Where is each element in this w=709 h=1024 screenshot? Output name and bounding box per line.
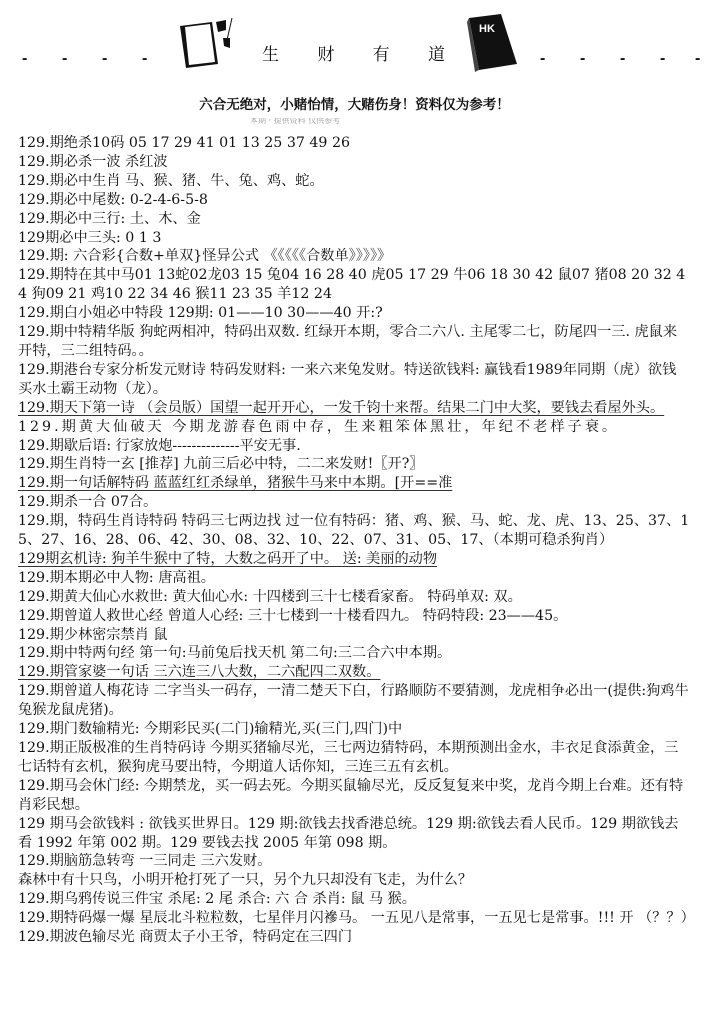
dash-divider: - (580, 50, 585, 68)
prediction-line: 129.期乌鸦传说三件宝 杀尾: 2 尾 杀合: 六 合 杀肖: 鼠 马 猴。 (18, 890, 690, 909)
prediction-line: 129.期正版极准的生肖特码诗 今期买猪输尽光，三七两边猜特码，本期预测出金水，… (18, 739, 690, 777)
faint-source-line: 本期 · 提供资料 仅供参考 (250, 118, 460, 124)
closed-book-icon: HK (465, 14, 521, 72)
prediction-line: 129.期本期必中人物: 唐高祖。 (18, 569, 690, 588)
title-char: 道 (428, 40, 447, 65)
prediction-line: 129.期杀一合 07合。 (18, 493, 690, 512)
prediction-line: 129.期曾道人救世心经 曾道人心经: 三十七楼到一十楼看四九。 特码特段: 2… (18, 607, 690, 626)
prediction-line: 129.期曾道人梅花诗 二字当头一码存，一清二楚天下白，行路顺防不要猜测，龙虎相… (18, 682, 690, 720)
title-char: 有 (373, 40, 392, 65)
prediction-line: 129.期中特精华版 狗蛇两相冲，特码出双数. 红绿开本期，零合二六八. 主尾零… (18, 323, 690, 361)
open-book-icon (178, 18, 238, 68)
prediction-line: 129.期天下第一诗 （会员版）国望一起开开心，一发千钧十来帮。结果二门中大奖，… (18, 399, 690, 418)
title-char: 财 (317, 40, 336, 65)
dash-divider: - (660, 50, 665, 68)
prediction-line: 129.期脑筋急转弯 一三同走 三六发财。 (18, 852, 690, 871)
prediction-line: 129.期黄大仙心水救世: 黄大仙心水: 十四楼到三十七楼看家畜。 特码单双: … (18, 588, 690, 607)
dash-divider: - (102, 50, 107, 68)
prediction-line: 129.期生肖特一玄 [推荐] 九前三后必中特，二二来发财!〖开?〗 (18, 455, 690, 474)
prediction-line: 129.期必中尾数: 0-2-4-6-5-8 (18, 191, 690, 210)
prediction-line: 129期必中三头: 0 1 3 (18, 229, 690, 248)
prediction-line: 129.期白小姐必中特段 129期: 01——10 30——40 开:? (18, 304, 690, 323)
prediction-line: 129 期马会欲钱料 : 欲钱买世界日。129 期:欲钱去找香港总统。129 期… (18, 815, 690, 853)
prediction-line: 129.期一句话解特码 蓝蓝红红杀绿单，猪猴牛马来中本期。[开==准 (18, 474, 690, 493)
dash-divider: - (695, 50, 700, 68)
prediction-line: 129.期少林密宗禁肖 鼠 (18, 626, 690, 645)
dash-divider: - (620, 50, 625, 68)
dash-divider: - (22, 50, 27, 68)
prediction-line: 129.期管家婆一句话 三六连三八大数，二六配四二双数。 (18, 663, 690, 682)
prediction-line: 129.期中特两句经 第一句:马前兔后找天机 第二句:三二合六中本期。 (18, 644, 690, 663)
prediction-line: 129.期波色输尽光 商贾太子小王爷，特码定在三四门 (18, 928, 690, 947)
page-title: 生 财 有 道 (262, 40, 447, 65)
prediction-line: 129.期特在其中马01 13蛇02龙03 15 兔04 16 28 40 虎0… (18, 266, 690, 304)
title-char: 生 (262, 40, 281, 65)
prediction-line: 129.期必中生肖 马、猴、猪、牛、兔、鸡、蛇。 (18, 172, 690, 191)
svg-text:HK: HK (479, 23, 495, 35)
prediction-line: 129.期特码爆一爆 星辰北斗粒粒数，七星伴月闪襂马。 一五见八是常事，一五见七… (18, 909, 690, 928)
disclaimer-slogan: 六合无绝对，小赌怡情，大赌伤身！资料仅为参考！ (0, 93, 709, 113)
prediction-line: 129.期港台专家分析发元财诗 特码发财料: 一来六来兔发财。特送欲钱料: 赢钱… (18, 361, 690, 399)
prediction-line: 129.期绝杀10码 05 17 29 41 01 13 25 37 49 26 (18, 134, 690, 153)
dash-divider: - (62, 50, 67, 68)
prediction-line: 129.期马会休门经: 今期禁龙，买一码去死。今期买鼠输尽光，反反复复来中奖，龙… (18, 777, 690, 815)
prediction-line: 129.期门数输精光: 今期彩民买(二门)输精光,买(三门,四门)中 (18, 720, 690, 739)
dash-divider: - (540, 50, 545, 68)
prediction-line: 129.期: 六合彩{合数+单双}怪异公式 《《《《《合数单》》》》》 (18, 247, 690, 266)
prediction-line: 129期玄机诗: 狗羊牛猴中了特，大数之码开了中。 送: 美丽的动物 (18, 550, 690, 569)
prediction-line: 森林中有十只鸟，小明开枪打死了一只，另个九只却没有飞走，为什么？ (18, 871, 690, 890)
prediction-line: 129.期歇后语: 行家放炮--------------平安无事. (18, 437, 690, 456)
page-header: - - - - 生 财 有 道 HK - - - - - 六合无绝对，小赌怡情，… (0, 0, 709, 100)
prediction-line: 129.期，特码生肖诗特码 特码三七两边找 过一位有特码：猪、鸡、猴、马、蛇、龙… (18, 512, 690, 550)
prediction-list: 129.期绝杀10码 05 17 29 41 01 13 25 37 49 26… (18, 134, 690, 947)
prediction-line: 129.期黄大仙破天 今期龙游春色雨中存，生来粗笨体黑壮，年纪不老样子衰。 (18, 418, 690, 437)
dash-divider: - (142, 50, 147, 68)
prediction-line: 129.期必中三行: 土、木、金 (18, 210, 690, 229)
prediction-line: 129.期必杀一波 杀红波 (18, 153, 690, 172)
